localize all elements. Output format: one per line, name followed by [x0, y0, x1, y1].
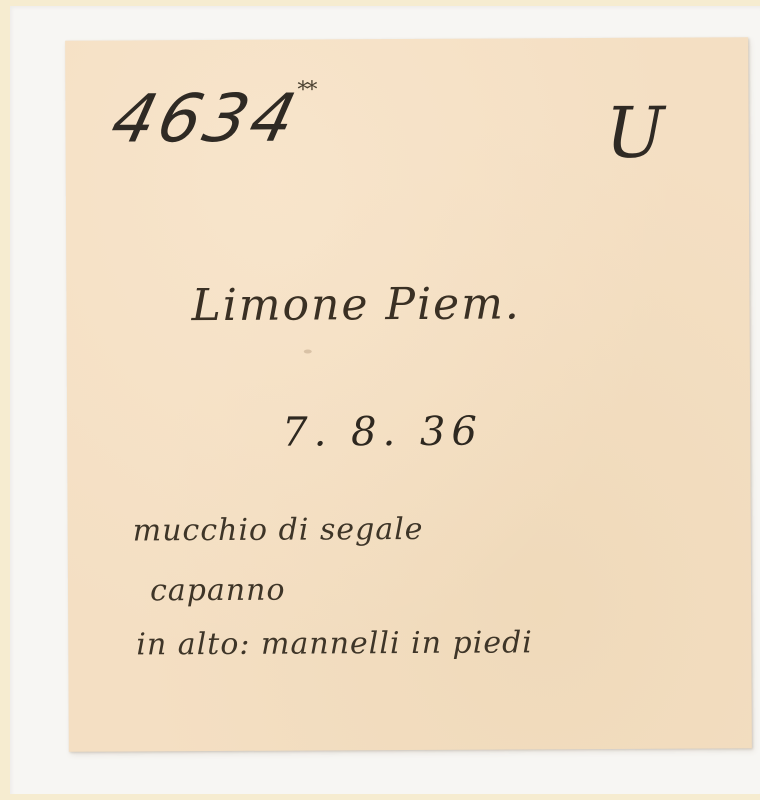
note-line-1: mucchio di segale — [133, 512, 424, 549]
specimen-label: 4634 ** U Limone Piem. 7. 8. 36 mucchio … — [65, 37, 752, 752]
note-line-2: capanno — [150, 573, 286, 609]
category-letter: U — [605, 92, 665, 174]
locality-text: Limone Piem. — [191, 278, 521, 331]
specimen-number-marks: ** — [297, 77, 315, 102]
paper-stain — [304, 350, 312, 354]
specimen-number: 4634 — [104, 80, 307, 158]
mount-board: 4634 ** U Limone Piem. 7. 8. 36 mucchio … — [10, 6, 760, 794]
note-line-3: in alto: mannelli in piedi — [136, 625, 533, 662]
collection-date: 7. 8. 36 — [282, 409, 483, 456]
